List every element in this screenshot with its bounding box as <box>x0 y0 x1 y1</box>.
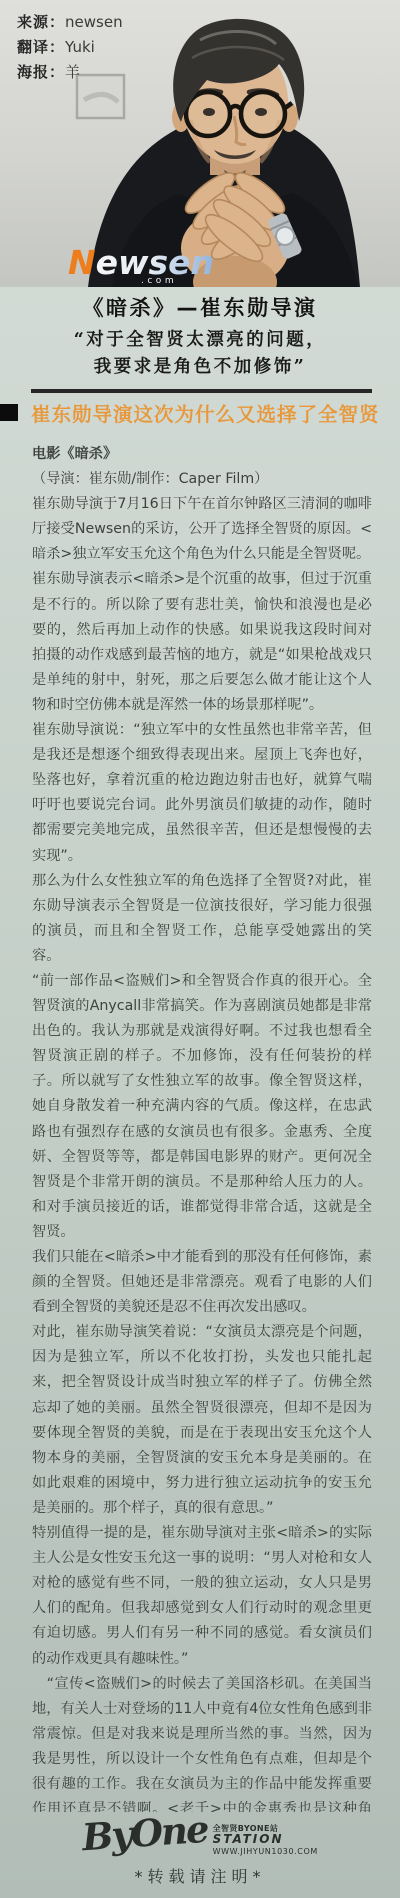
director-quote: “对于全智贤太漂亮的问题， 我要求是角色不加修饰” <box>0 327 400 381</box>
source-label: 来源： <box>17 13 65 31</box>
paragraph: 我们只能在<暗杀>中才能看到的那没有任何修饰，素颜的全智贤。但她还是非常漂亮。观… <box>32 1245 372 1320</box>
credit-row-translator: 翻译：Yuki <box>17 35 123 60</box>
quote-line-2: 我要求是角色不加修饰” <box>0 354 400 381</box>
newsen-watermark-logo: Newsen .com <box>68 243 214 286</box>
paragraph: 对此，崔东勋导演笑着说：“女演员太漂亮是个问题，因为是独立军，所以不化妆打扮，头… <box>32 1320 372 1521</box>
quote-line-1: “对于全智贤太漂亮的问题， <box>0 327 400 354</box>
article-poster: Newsen .com 来源：newsen 翻译：Yuki 海报：羊 《暗杀》—… <box>0 0 400 1898</box>
movie-title: 电影《暗杀》 <box>32 442 372 467</box>
poster-value: 羊 <box>65 63 80 81</box>
byone-url-text: WWW.JIHYUN1030.COM <box>213 1847 318 1857</box>
svg-text:.com: .com <box>141 276 177 286</box>
page-title: 《暗杀》—崔东勋导演 <box>0 292 400 322</box>
byone-script-text: ByOne <box>81 1808 209 1859</box>
paragraph: 崔东勋导演表示<暗杀>是个沉重的故事，但过于沉重是不行的。所以除了要有悲壮美，愉… <box>32 567 372 718</box>
source-value: newsen <box>65 13 123 31</box>
article-body: 电影《暗杀》 （导演：崔东勋/制作：Caper Film） 崔东勋导演于7月16… <box>32 442 372 1812</box>
translator-label: 翻译： <box>17 38 65 56</box>
paragraph: 崔东勋导演说：“独立军中的女性虽然也非常辛苦，但是我还是想逐个细致得表现出来。屋… <box>32 718 372 869</box>
section-marker-square <box>0 404 18 421</box>
separator-line <box>31 389 372 393</box>
paragraph: “宣传<盗贼们>的时候去了美国洛杉矶。在美国当地，有关人士对登场的11人中竟有4… <box>32 1672 372 1812</box>
byone-logo: ByOne 全智贤BYONE站 STATION WWW.JIHYUN1030.C… <box>0 1812 400 1857</box>
translator-value: Yuki <box>65 38 95 56</box>
poster-label: 海报： <box>17 63 65 81</box>
photo-credits-overlay: 来源：newsen 翻译：Yuki 海报：羊 <box>17 10 123 85</box>
paragraph: 崔东勋导演于7月16日下午在首尔钟路区三清洞的咖啡厅接受Newsen的采访，公开… <box>32 492 372 567</box>
paragraph: 特别值得一提的是，崔东勋导演对主张<暗杀>的实际主人公是女性安玉允这一事的说明：… <box>32 1521 372 1672</box>
director-photo: Newsen .com 来源：newsen 翻译：Yuki 海报：羊 <box>0 0 400 287</box>
byone-station-text: STATION <box>213 1833 318 1846</box>
paragraph: 那么为什么女性独立军的角色选择了全智贤?对此，崔东勋导演表示全智贤是一位演技很好… <box>32 869 372 969</box>
credit-row-source: 来源：newsen <box>17 10 123 35</box>
movie-credits: （导演：崔东勋/制作：Caper Film） <box>32 467 372 492</box>
paragraph: “前一部作品<盗贼们>和全智贤合作真的很开心。全智贤演的Anycall非常搞笑。… <box>32 969 372 1245</box>
credit-row-poster: 海报：羊 <box>17 60 123 85</box>
byone-logo-details: 全智贤BYONE站 STATION WWW.JIHYUN1030.COM <box>213 1812 318 1857</box>
section-title: 崔东勋导演这次为什么又选择了全智贤 <box>31 399 393 427</box>
reprint-note: *转载请注明* <box>0 1864 400 1887</box>
